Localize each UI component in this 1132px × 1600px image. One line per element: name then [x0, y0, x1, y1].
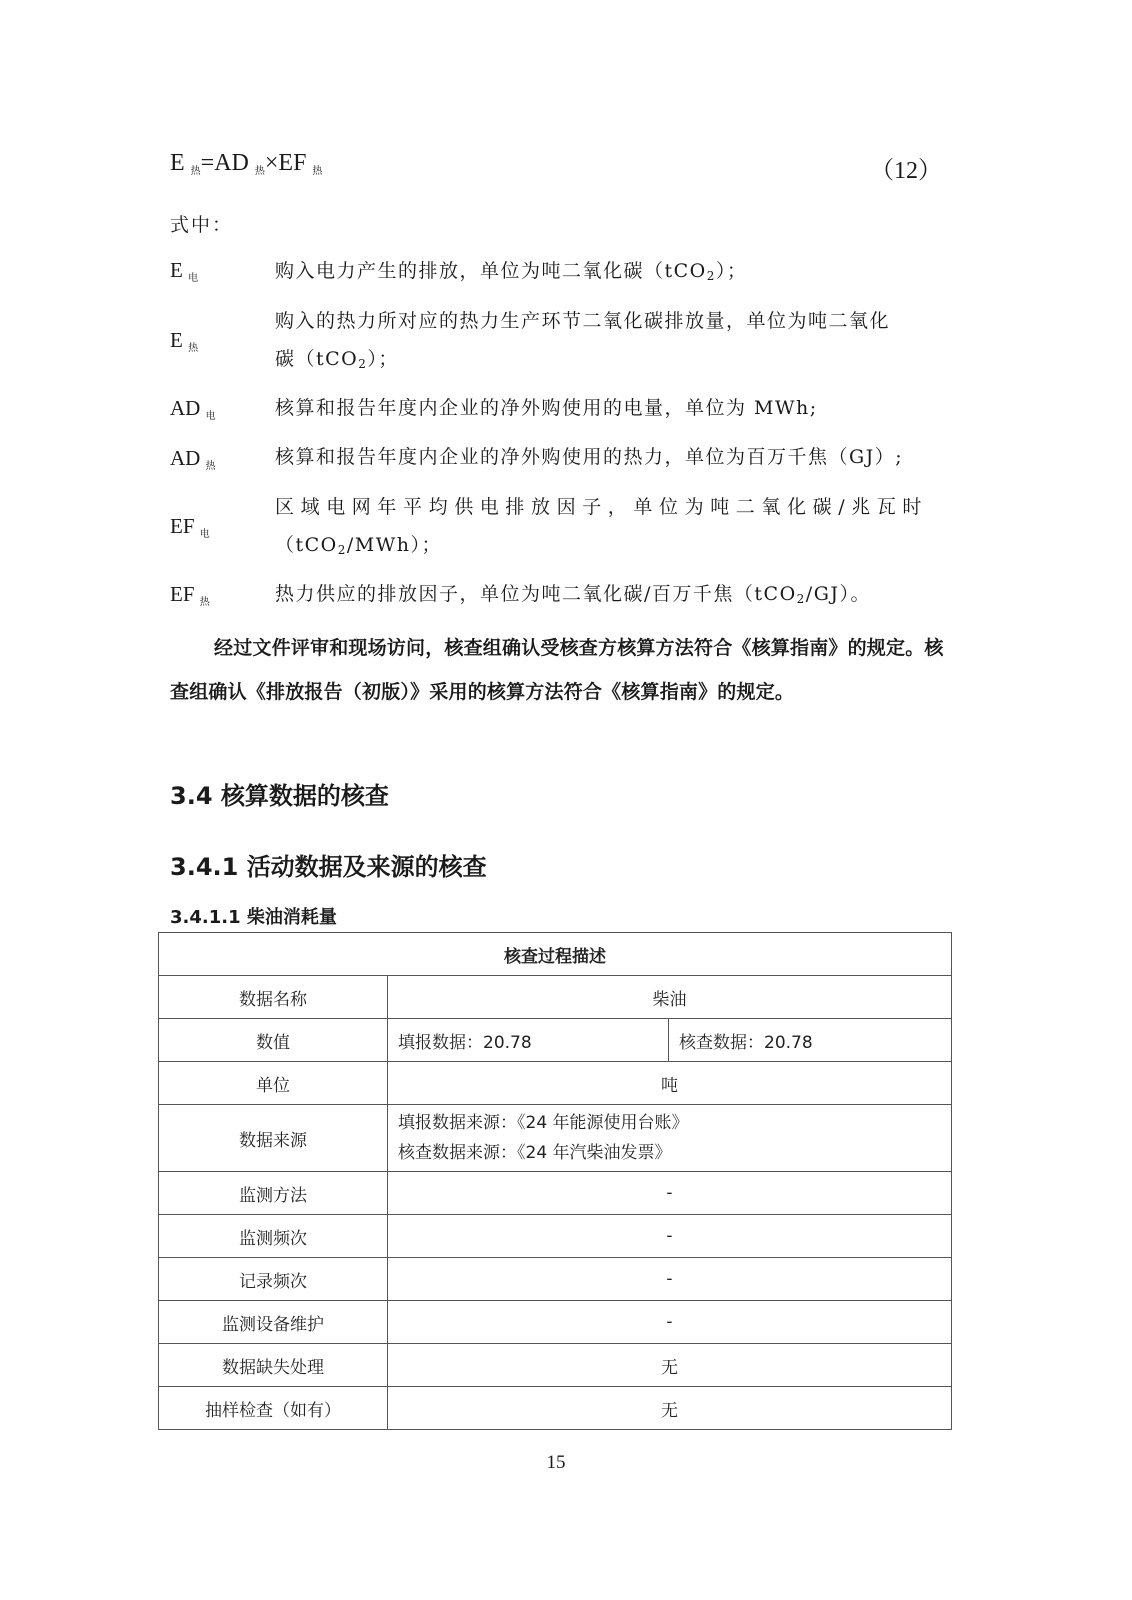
- formula-symbol: ×EF: [265, 150, 307, 176]
- row-key: 单位: [159, 1062, 388, 1105]
- row-key: 数据来源: [159, 1105, 388, 1172]
- row-value: 无: [388, 1344, 952, 1387]
- reported-value: 填报数据：20.78: [388, 1019, 669, 1062]
- formula-subscript: 热: [312, 166, 322, 177]
- table-row: 单位 吨: [159, 1062, 952, 1105]
- definition-symbol: EF 热: [170, 582, 210, 608]
- row-key: 监测方法: [159, 1172, 388, 1215]
- row-value: 无: [388, 1387, 952, 1430]
- formula-subscript: 热: [255, 166, 265, 177]
- data-source-cell: 填报数据来源：《24 年能源使用台账》 核查数据来源：《24 年汽柴油发票》: [388, 1105, 952, 1172]
- table-row: 数据来源 填报数据来源：《24 年能源使用台账》 核查数据来源：《24 年汽柴油…: [159, 1105, 952, 1172]
- conclusion-paragraph: 经过文件评审和现场访问，核查组确认受核查方核算方法符合《核算指南》的规定。核查组…: [170, 626, 945, 714]
- formula-12: E 热=AD 热×EF 热: [170, 150, 322, 177]
- definition-text: 购入的热力所对应的热力生产环节二氧化碳排放量，单位为吨二氧化碳（tCO2）；: [275, 302, 943, 383]
- table-row: 监测方法 -: [159, 1172, 952, 1215]
- formula-subscript: 热: [191, 166, 201, 177]
- verification-table: 核查过程描述 数据名称 柴油 数值 填报数据：20.78 核查数据：20.78 …: [158, 932, 952, 1430]
- section-heading-3-4: 3.4 核算数据的核查: [170, 776, 389, 811]
- row-key: 数值: [159, 1019, 388, 1062]
- definition-symbol: AD 热: [170, 446, 216, 472]
- row-value: -: [388, 1258, 952, 1301]
- section-heading-3-4-1: 3.4.1 活动数据及来源的核查: [170, 847, 487, 882]
- row-key: 监测频次: [159, 1215, 388, 1258]
- where-label: 式中：: [170, 210, 233, 237]
- definition-text: 购入电力产生的排放，单位为吨二氧化碳（tCO2）；: [275, 252, 943, 295]
- definition-text: 核算和报告年度内企业的净外购使用的热力，单位为百万千焦（GJ）;: [275, 438, 943, 476]
- formula-symbol: =AD: [201, 150, 249, 176]
- definition-text: 区域电网年平均供电排放因子，单位为吨二氧化碳/兆瓦时（tCO2/MWh）；: [275, 488, 943, 569]
- row-key: 抽样检查（如有）: [159, 1387, 388, 1430]
- definition-symbol: E 热: [170, 328, 198, 354]
- formula-symbol: E: [170, 150, 185, 176]
- definition-symbol: E 电: [170, 258, 198, 284]
- equation-number: （12）: [870, 150, 942, 185]
- row-value: -: [388, 1172, 952, 1215]
- table-row: 监测频次 -: [159, 1215, 952, 1258]
- table-title: 核查过程描述: [159, 933, 952, 976]
- verified-value: 核查数据：20.78: [669, 1019, 952, 1062]
- table-title-row: 核查过程描述: [159, 933, 952, 976]
- row-key: 数据缺失处理: [159, 1344, 388, 1387]
- row-value: -: [388, 1301, 952, 1344]
- row-value: 柴油: [388, 976, 952, 1019]
- definition-symbol: EF 电: [170, 514, 210, 540]
- definition-text: 核算和报告年度内企业的净外购使用的电量，单位为 MWh;: [275, 389, 943, 427]
- definition-text: 热力供应的排放因子，单位为吨二氧化碳/百万千焦（tCO2/GJ）。: [275, 575, 943, 618]
- section-heading-3-4-1-1: 3.4.1.1 柴油消耗量: [170, 903, 337, 929]
- row-key: 监测设备维护: [159, 1301, 388, 1344]
- table-row: 抽样检查（如有） 无: [159, 1387, 952, 1430]
- table-row: 监测设备维护 -: [159, 1301, 952, 1344]
- row-key: 记录频次: [159, 1258, 388, 1301]
- reported-source: 填报数据来源：《24 年能源使用台账》: [398, 1108, 941, 1138]
- table-row: 数值 填报数据：20.78 核查数据：20.78: [159, 1019, 952, 1062]
- definition-symbol: AD 电: [170, 396, 216, 422]
- table-row: 数据缺失处理 无: [159, 1344, 952, 1387]
- row-value: 吨: [388, 1062, 952, 1105]
- row-value: -: [388, 1215, 952, 1258]
- table-row: 数据名称 柴油: [159, 976, 952, 1019]
- table-row: 记录频次 -: [159, 1258, 952, 1301]
- verified-source: 核查数据来源：《24 年汽柴油发票》: [398, 1138, 941, 1168]
- row-key: 数据名称: [159, 976, 388, 1019]
- page-number: 15: [0, 1452, 1112, 1474]
